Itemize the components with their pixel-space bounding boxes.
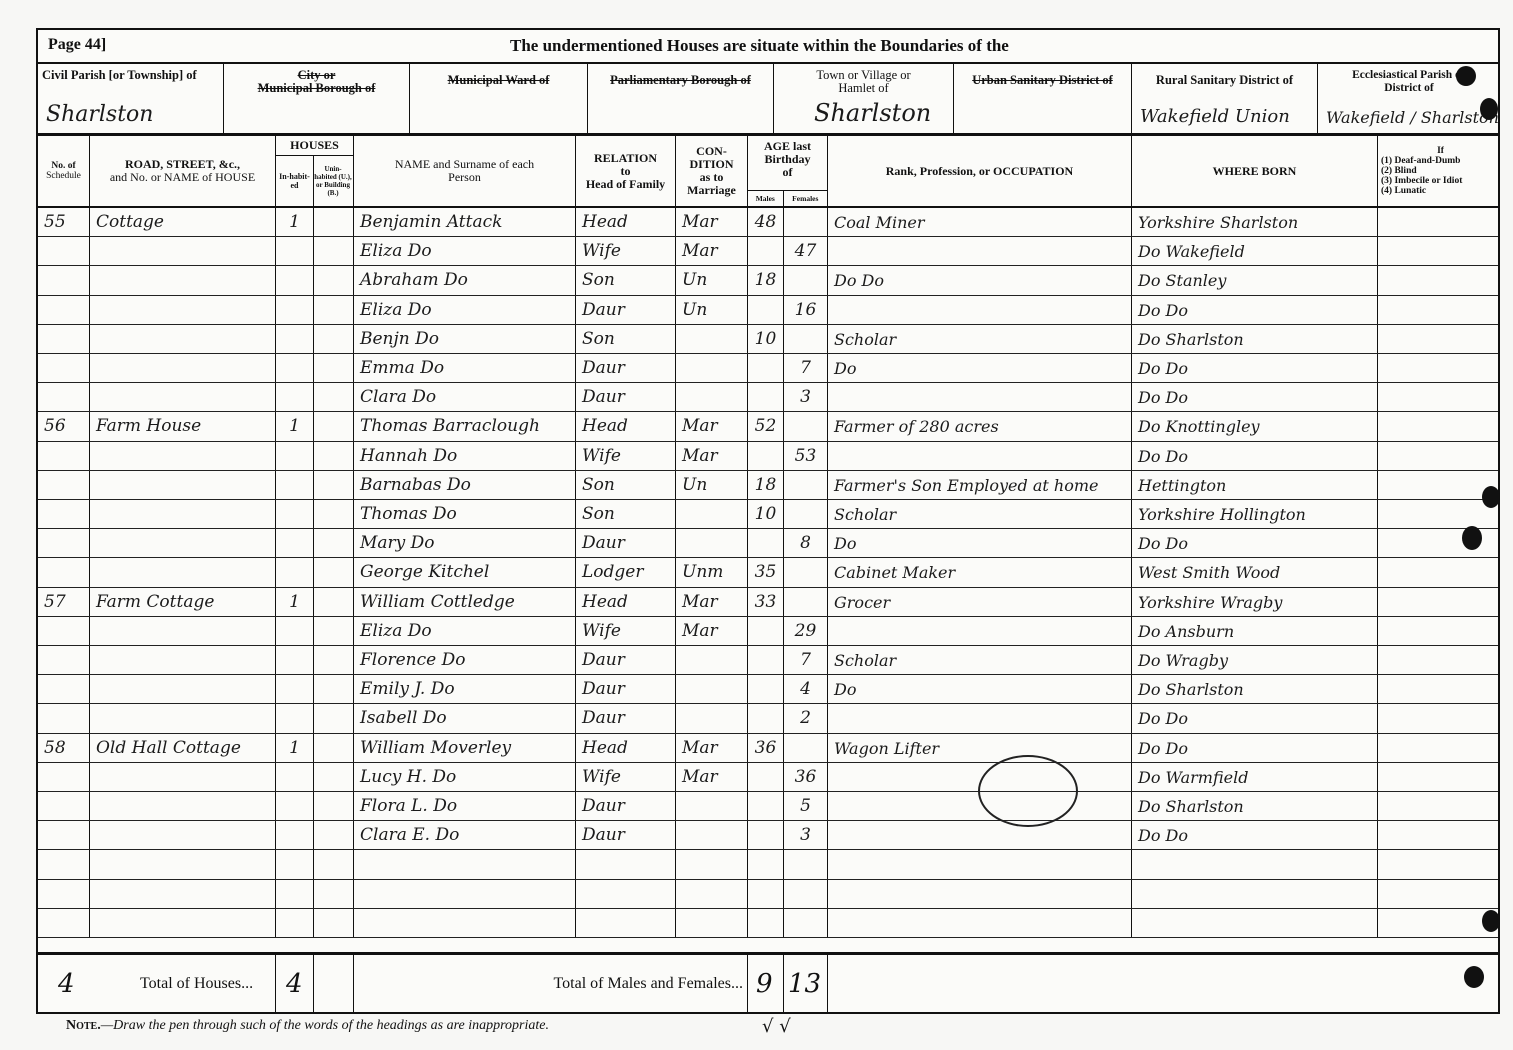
where-born-cell: Do Stanley <box>1132 266 1378 294</box>
condition-cell: Mar <box>676 208 748 236</box>
where-born-cell: Hettington <box>1132 471 1378 499</box>
condition-cell <box>676 792 748 820</box>
occupation-cell: Do <box>828 675 1132 703</box>
rural-sanitary-label: Rural Sanitary District of <box>1132 64 1317 87</box>
female-age-cell: 47 <box>784 237 828 265</box>
house-name-cell <box>90 237 276 265</box>
col-infirm: If (1) Deaf-and-Dumb (2) Blind (3) Imbec… <box>1378 136 1500 206</box>
schedule-cell <box>38 675 90 703</box>
person-name-cell: Clara Do <box>354 383 576 411</box>
where-born-cell: Yorkshire Sharlston <box>1132 208 1378 236</box>
inhabited-cell <box>276 266 314 294</box>
footer-note: Note.—Draw the pen through such of the w… <box>66 1018 549 1034</box>
schedule-cell <box>38 850 90 878</box>
uninhabited-cell <box>314 880 354 908</box>
occupation-cell: Do <box>828 529 1132 557</box>
where-born-cell: Do Do <box>1132 704 1378 732</box>
col-relation-line1: RELATION <box>594 152 657 165</box>
relation-cell: Head <box>576 734 676 762</box>
house-name-cell: Old Hall Cottage <box>90 734 276 762</box>
house-name-cell <box>90 325 276 353</box>
where-born-cell <box>1132 909 1378 937</box>
house-name-cell <box>90 383 276 411</box>
town-village-label-1: Town or Village or <box>774 64 953 82</box>
relation-cell: Head <box>576 208 676 236</box>
infirmity-cell <box>1378 296 1500 324</box>
condition-cell <box>676 675 748 703</box>
occupation-cell <box>828 442 1132 470</box>
where-born-cell: Do Sharlston <box>1132 675 1378 703</box>
occupation-cell <box>828 296 1132 324</box>
schedule-cell <box>38 880 90 908</box>
person-name-cell: Eliza Do <box>354 296 576 324</box>
where-born-cell: Do Do <box>1132 529 1378 557</box>
municipal-ward-label: Municipal Ward of <box>410 64 587 87</box>
person-name-cell: Emma Do <box>354 354 576 382</box>
condition-cell <box>676 354 748 382</box>
infirmity-cell <box>1378 850 1500 878</box>
uninhabited-cell <box>314 383 354 411</box>
male-age-cell <box>748 617 784 645</box>
house-name-cell <box>90 266 276 294</box>
house-name-cell <box>90 763 276 791</box>
occupation-cell: Scholar <box>828 325 1132 353</box>
person-name-cell: Flora L. Do <box>354 792 576 820</box>
uninhabited-cell <box>314 734 354 762</box>
inhabited-cell <box>276 763 314 791</box>
relation-cell: Son <box>576 266 676 294</box>
col-born-label: WHERE BORN <box>1213 165 1297 178</box>
infirmity-cell <box>1378 821 1500 849</box>
schedule-cell <box>38 646 90 674</box>
female-age-cell <box>784 558 828 586</box>
infirmity-cell <box>1378 558 1500 586</box>
condition-cell <box>676 880 748 908</box>
uninhabited-cell <box>314 500 354 528</box>
inhabited-cell <box>276 296 314 324</box>
occupation-cell <box>828 383 1132 411</box>
inhabited-cell <box>276 675 314 703</box>
schedule-cell <box>38 325 90 353</box>
inhabited-cell <box>276 704 314 732</box>
relation-cell: Head <box>576 412 676 440</box>
occupation-cell: Farmer of 280 acres <box>828 412 1132 440</box>
col-age-females: Females <box>784 191 827 206</box>
female-age-cell <box>784 412 828 440</box>
uninhabited-cell <box>314 617 354 645</box>
female-age-cell: 8 <box>784 529 828 557</box>
house-name-cell <box>90 909 276 937</box>
female-age-cell <box>784 588 828 616</box>
infirmity-cell <box>1378 237 1500 265</box>
where-born-cell: Do Knottingley <box>1132 412 1378 440</box>
table-row: Eliza DoWifeMar29Do Ansburn <box>38 617 1498 646</box>
schedule-cell <box>38 471 90 499</box>
table-row: Eliza DoDaurUn16Do Do <box>38 296 1498 325</box>
male-age-cell: 33 <box>748 588 784 616</box>
house-name-cell <box>90 646 276 674</box>
person-name-cell: Eliza Do <box>354 617 576 645</box>
schedule-cell <box>38 704 90 732</box>
where-born-cell: Do Do <box>1132 354 1378 382</box>
table-row: Emma DoDaur7DoDo Do <box>38 354 1498 383</box>
where-born-cell: Do Warmfield <box>1132 763 1378 791</box>
condition-cell <box>676 529 748 557</box>
table-row <box>38 850 1498 879</box>
infirmity-cell <box>1378 325 1500 353</box>
table-row: Clara E. DoDaur3Do Do <box>38 821 1498 850</box>
table-row <box>38 880 1498 909</box>
col-age-line1: AGE last <box>764 139 811 153</box>
male-age-cell <box>748 383 784 411</box>
condition-cell <box>676 325 748 353</box>
col-road: ROAD, STREET, &c., and No. or NAME of HO… <box>90 136 276 206</box>
house-name-cell: Farm Cottage <box>90 588 276 616</box>
schedule-cell <box>38 354 90 382</box>
census-page: Page 44] The undermentioned Houses are s… <box>36 28 1500 1014</box>
female-age-cell: 16 <box>784 296 828 324</box>
house-name-cell <box>90 529 276 557</box>
person-name-cell: William Moverley <box>354 734 576 762</box>
female-age-cell: 7 <box>784 646 828 674</box>
inhabited-cell <box>276 325 314 353</box>
schedule-cell <box>38 383 90 411</box>
col-houses: HOUSES In-habit-ed Unin-habited (U.), or… <box>276 136 354 206</box>
inhabited-cell <box>276 500 314 528</box>
condition-cell: Mar <box>676 442 748 470</box>
rural-sanitary-value: Wakefield Union <box>1140 106 1290 127</box>
relation-cell: Head <box>576 588 676 616</box>
relation-cell <box>576 909 676 937</box>
female-age-cell <box>784 471 828 499</box>
occupation-cell: Wagon Lifter <box>828 734 1132 762</box>
occupation-cell: Grocer <box>828 588 1132 616</box>
inhabited-cell: 1 <box>276 588 314 616</box>
male-age-cell <box>748 354 784 382</box>
house-name-cell <box>90 296 276 324</box>
table-row: Lucy H. DoWifeMar36Do Warmfield <box>38 763 1498 792</box>
inhabited-cell: 1 <box>276 208 314 236</box>
female-age-cell <box>784 208 828 236</box>
occupation-cell <box>828 821 1132 849</box>
municipal-borough-label-2: Municipal Borough of <box>224 82 409 95</box>
town-village-label-2: Hamlet of <box>774 82 953 95</box>
infirmity-cell <box>1378 617 1500 645</box>
ink-blot <box>1462 526 1482 550</box>
occupation-cell: Farmer's Son Employed at home <box>828 471 1132 499</box>
female-age-cell: 53 <box>784 442 828 470</box>
col-age: AGE last Birthday of Males Females <box>748 136 828 206</box>
female-age-cell: 2 <box>784 704 828 732</box>
relation-cell: Son <box>576 471 676 499</box>
where-born-cell: Do Do <box>1132 383 1378 411</box>
table-row: Benjn DoSon10ScholarDo Sharlston <box>38 325 1498 354</box>
occupation-cell: Cabinet Maker <box>828 558 1132 586</box>
male-age-cell <box>748 909 784 937</box>
male-age-cell: 10 <box>748 325 784 353</box>
inhabited-cell <box>276 909 314 937</box>
uninhabited-cell <box>314 296 354 324</box>
schedule-cell <box>38 909 90 937</box>
occupation-cell <box>828 909 1132 937</box>
parliamentary-borough-cell: Parliamentary Borough of <box>588 64 774 133</box>
col-infirm-4: (4) Lunatic <box>1381 186 1426 196</box>
relation-cell: Daur <box>576 821 676 849</box>
col-condition: CON- DITION as to Marriage <box>676 136 748 206</box>
where-born-cell: Yorkshire Wragby <box>1132 588 1378 616</box>
table-row: Barnabas DoSonUn18Farmer's Son Employed … <box>38 471 1498 500</box>
col-schedule: No. of Schedule <box>38 136 90 206</box>
male-age-cell: 48 <box>748 208 784 236</box>
male-age-cell <box>748 850 784 878</box>
ecclesiastical-value: Wakefield / Sharlston <box>1326 108 1499 127</box>
where-born-cell: Do Do <box>1132 296 1378 324</box>
col-infirm-2: (2) Blind <box>1381 166 1417 176</box>
inhabited-cell <box>276 354 314 382</box>
schedule-cell <box>38 296 90 324</box>
total-males-cell: 9 <box>748 955 784 1014</box>
total-females: 13 <box>788 969 821 999</box>
column-header-row: No. of Schedule ROAD, STREET, &c., and N… <box>38 136 1498 208</box>
uninhabited-cell <box>314 558 354 586</box>
house-name-cell <box>90 850 276 878</box>
schedule-cell: 56 <box>38 412 90 440</box>
infirmity-cell <box>1378 792 1500 820</box>
table-row: 57Farm Cottage1William CottledgeHeadMar3… <box>38 588 1498 617</box>
occupation-cell: Scholar <box>828 646 1132 674</box>
uninhabited-cell <box>314 325 354 353</box>
person-name-cell: Clara E. Do <box>354 821 576 849</box>
occupation-cell: Scholar <box>828 500 1132 528</box>
col-age-line2: Birthday <box>764 152 810 166</box>
male-age-cell: 36 <box>748 734 784 762</box>
table-row: 56Farm House1Thomas BarracloughHeadMar52… <box>38 412 1498 441</box>
col-schedule-line2: Schedule <box>46 171 81 181</box>
relation-cell: Daur <box>576 383 676 411</box>
table-row: Abraham DoSonUn18Do DoDo Stanley <box>38 266 1498 295</box>
infirmity-cell <box>1378 646 1500 674</box>
condition-cell: Mar <box>676 617 748 645</box>
infirmity-cell <box>1378 675 1500 703</box>
tick-marks: √ √ <box>762 1016 791 1037</box>
where-born-cell: Do Sharlston <box>1132 792 1378 820</box>
town-village-value: Sharlston <box>814 99 931 127</box>
male-age-cell: 52 <box>748 412 784 440</box>
ink-blot <box>1456 66 1476 86</box>
uninhabited-cell <box>314 588 354 616</box>
relation-cell: Lodger <box>576 558 676 586</box>
table-row <box>38 909 1498 938</box>
condition-cell: Mar <box>676 412 748 440</box>
col-schedule-line1: No. of <box>51 161 75 171</box>
schedule-cell <box>38 792 90 820</box>
female-age-cell: 7 <box>784 354 828 382</box>
person-name-cell: Lucy H. Do <box>354 763 576 791</box>
col-born: WHERE BORN <box>1132 136 1378 206</box>
uninhabited-cell <box>314 909 354 937</box>
col-relation: RELATION to Head of Family <box>576 136 676 206</box>
col-name: NAME and Surname of each Person <box>354 136 576 206</box>
relation-cell: Daur <box>576 704 676 732</box>
relation-cell: Son <box>576 325 676 353</box>
female-age-cell: 4 <box>784 675 828 703</box>
schedule-cell <box>38 266 90 294</box>
person-name-cell: William Cottledge <box>354 588 576 616</box>
relation-cell: Daur <box>576 296 676 324</box>
infirmity-cell <box>1378 704 1500 732</box>
infirmity-cell <box>1378 588 1500 616</box>
house-name-cell <box>90 500 276 528</box>
person-name-cell: Isabell Do <box>354 704 576 732</box>
person-name-cell: Barnabas Do <box>354 471 576 499</box>
person-name-cell: Abraham Do <box>354 266 576 294</box>
col-infirm-if: If <box>1437 146 1444 156</box>
col-infirm-1: (1) Deaf-and-Dumb <box>1381 156 1460 166</box>
house-name-cell <box>90 880 276 908</box>
condition-cell <box>676 704 748 732</box>
infirmity-cell <box>1378 208 1500 236</box>
person-name-cell: Florence Do <box>354 646 576 674</box>
uninhabited-cell <box>314 763 354 791</box>
inhabited-cell <box>276 471 314 499</box>
male-age-cell <box>748 821 784 849</box>
condition-cell: Un <box>676 296 748 324</box>
male-age-cell <box>748 442 784 470</box>
where-born-cell: Yorkshire Hollington <box>1132 500 1378 528</box>
where-born-cell: Do Wakefield <box>1132 237 1378 265</box>
where-born-cell: Do Do <box>1132 442 1378 470</box>
boundaries-row: Civil Parish [or Township] of Sharlston … <box>38 64 1498 136</box>
condition-cell <box>676 646 748 674</box>
town-village-cell: Town or Village or Hamlet of Sharlston <box>774 64 954 133</box>
uninhabited-cell <box>314 792 354 820</box>
house-name-cell <box>90 617 276 645</box>
ecclesiastical-label-2: District of <box>1318 82 1500 95</box>
male-age-cell <box>748 792 784 820</box>
col-inhabited: In-habit-ed <box>276 156 314 206</box>
schedule-cell: 58 <box>38 734 90 762</box>
col-road-line2: and No. or NAME of HOUSE <box>110 171 255 184</box>
person-name-cell: Mary Do <box>354 529 576 557</box>
house-name-cell <box>90 442 276 470</box>
uninhabited-cell <box>314 529 354 557</box>
occupation-cell <box>828 704 1132 732</box>
schedule-cell <box>38 442 90 470</box>
circled-occupation-mark <box>978 755 1078 827</box>
condition-cell: Un <box>676 471 748 499</box>
male-age-cell: 18 <box>748 266 784 294</box>
schedule-cell <box>38 237 90 265</box>
col-occupation: Rank, Profession, or OCCUPATION <box>828 136 1132 206</box>
female-age-cell <box>784 325 828 353</box>
occupation-cell <box>828 237 1132 265</box>
infirmity-cell <box>1378 412 1500 440</box>
infirmity-cell <box>1378 442 1500 470</box>
table-row: Mary DoDaur8DoDo Do <box>38 529 1498 558</box>
uninhabited-cell <box>314 354 354 382</box>
uninhabited-cell <box>314 471 354 499</box>
totals-houses-label-cell: 4 Total of Houses... <box>38 955 276 1014</box>
uninhabited-cell <box>314 412 354 440</box>
female-age-cell <box>784 850 828 878</box>
col-condition-line4: Marriage <box>687 184 736 197</box>
rural-sanitary-cell: Rural Sanitary District of Wakefield Uni… <box>1132 64 1318 133</box>
inhabited-cell <box>276 237 314 265</box>
schedule-cell: 55 <box>38 208 90 236</box>
schedule-cell <box>38 558 90 586</box>
female-age-cell: 29 <box>784 617 828 645</box>
female-age-cell <box>784 500 828 528</box>
parliamentary-borough-label: Parliamentary Borough of <box>588 64 773 87</box>
occupation-cell: Do Do <box>828 266 1132 294</box>
male-age-cell <box>748 880 784 908</box>
female-age-cell: 3 <box>784 383 828 411</box>
inhabited-cell <box>276 850 314 878</box>
table-row: 55Cottage1Benjamin AttackHeadMar48Coal M… <box>38 208 1498 237</box>
schedule-cell <box>38 500 90 528</box>
person-name-cell: Thomas Barraclough <box>354 412 576 440</box>
table-row: Isabell DoDaur2Do Do <box>38 704 1498 733</box>
uninhabited-cell <box>314 704 354 732</box>
urban-sanitary-cell: Urban Sanitary District of <box>954 64 1132 133</box>
uninhabited-cell <box>314 442 354 470</box>
person-name-cell: Benjn Do <box>354 325 576 353</box>
relation-cell: Daur <box>576 675 676 703</box>
ink-blot <box>1482 486 1500 508</box>
person-name-cell: Hannah Do <box>354 442 576 470</box>
male-age-cell <box>748 763 784 791</box>
person-name-cell <box>354 909 576 937</box>
table-row: Emily J. DoDaur4DoDo Sharlston <box>38 675 1498 704</box>
total-persons-label: Total of Males and Females... <box>554 975 744 993</box>
table-row: Hannah DoWifeMar53Do Do <box>38 442 1498 471</box>
house-name-cell: Cottage <box>90 208 276 236</box>
condition-cell: Mar <box>676 237 748 265</box>
uninhabited-cell <box>314 821 354 849</box>
condition-cell: Mar <box>676 734 748 762</box>
inhabited-cell <box>276 646 314 674</box>
inhabited-cell <box>276 442 314 470</box>
totals-row: 4 Total of Houses... 4 Total of Males an… <box>38 952 1498 1014</box>
condition-cell <box>676 500 748 528</box>
person-name-cell: Benjamin Attack <box>354 208 576 236</box>
condition-cell <box>676 909 748 937</box>
infirmity-cell <box>1378 763 1500 791</box>
person-name-cell: Eliza Do <box>354 237 576 265</box>
inhabited-cell <box>276 529 314 557</box>
total-schedules: 4 <box>58 969 75 999</box>
relation-cell: Daur <box>576 354 676 382</box>
table-row: Florence DoDaur7ScholarDo Wragby <box>38 646 1498 675</box>
title-row: Page 44] The undermentioned Houses are s… <box>38 30 1498 64</box>
total-houses-uninhabited-cell <box>314 955 354 1014</box>
occupation-cell <box>828 850 1132 878</box>
where-born-cell: Do Sharlston <box>1132 325 1378 353</box>
person-name-cell: Emily J. Do <box>354 675 576 703</box>
where-born-cell: Do Ansburn <box>1132 617 1378 645</box>
female-age-cell: 5 <box>784 792 828 820</box>
where-born-cell: Do Do <box>1132 734 1378 762</box>
table-row: Clara DoDaur3Do Do <box>38 383 1498 412</box>
house-name-cell <box>90 704 276 732</box>
total-houses-inhabited-cell: 4 <box>276 955 314 1014</box>
male-age-cell <box>748 237 784 265</box>
person-name-cell <box>354 850 576 878</box>
inhabited-cell <box>276 558 314 586</box>
infirmity-cell <box>1378 500 1500 528</box>
male-age-cell <box>748 529 784 557</box>
col-age-line3: of <box>782 165 792 179</box>
